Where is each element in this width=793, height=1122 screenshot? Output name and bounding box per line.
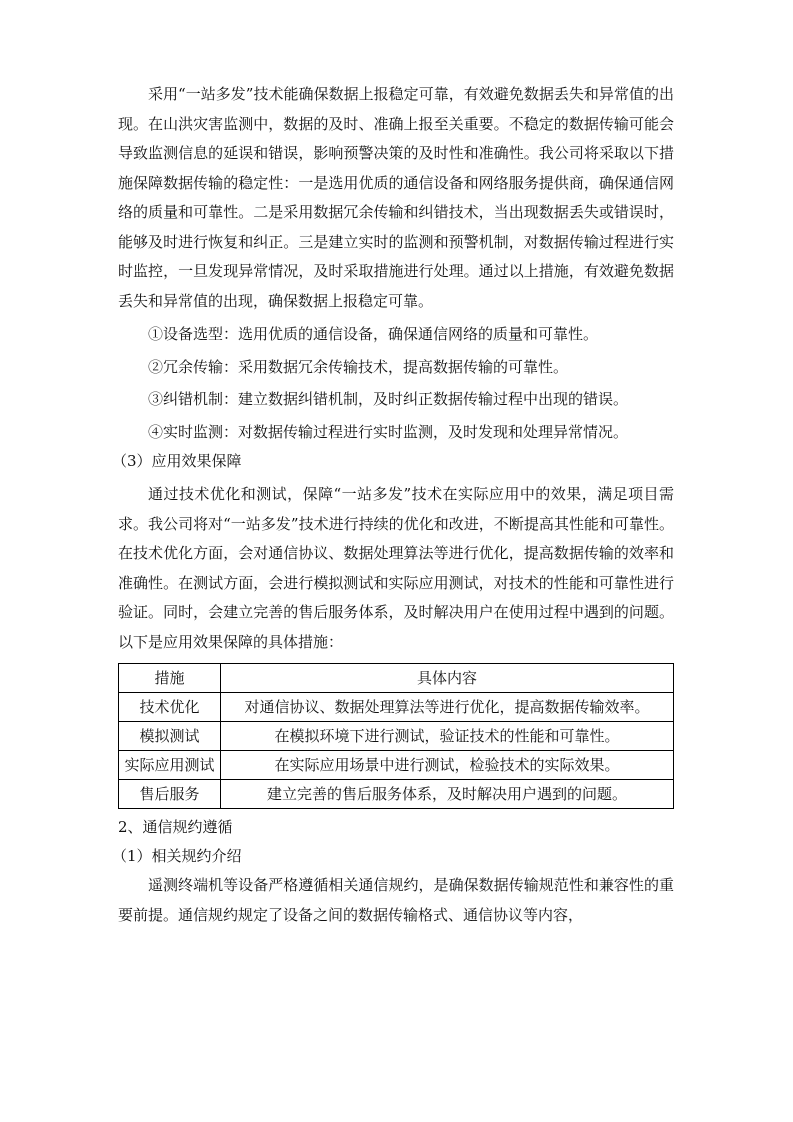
- measure-list: ①设备选型：选用优质的通信设备，确保通信网络的质量和可靠性。 ②冗余传输：采用数…: [118, 320, 674, 447]
- measures-table: 措施 具体内容 技术优化 对通信协议、数据处理算法等进行优化，提高数据传输效率。…: [118, 663, 674, 809]
- table-cell: 对通信协议、数据处理算法等进行优化，提高数据传输效率。: [221, 693, 674, 722]
- table-cell: 实际应用测试: [119, 751, 221, 780]
- table-cell: 模拟测试: [119, 722, 221, 751]
- table-cell: 在模拟环境下进行测试，验证技术的性能和可靠性。: [221, 722, 674, 751]
- list-item: ④实时监测：对数据传输过程进行实时监测，及时发现和处理异常情况。: [118, 418, 674, 448]
- table-cell: 售后服务: [119, 780, 221, 809]
- table-cell: 技术优化: [119, 693, 221, 722]
- paragraph-application-effect: 通过技术优化和测试，保障“一站多发”技术在实际应用中的效果，满足项目需求。我公司…: [118, 480, 674, 657]
- table-cell: 在实际应用场景中进行测试，检验技术的实际效果。: [221, 751, 674, 780]
- table-cell: 建立完善的售后服务体系，及时解决用户遇到的问题。: [221, 780, 674, 809]
- paragraph-data-stability: 采用“一站多发”技术能确保数据上报稳定可靠，有效避免数据丢失和异常值的出现。在山…: [118, 80, 674, 316]
- list-item: ①设备选型：选用优质的通信设备，确保通信网络的质量和可靠性。: [118, 320, 674, 350]
- table-row: 模拟测试 在模拟环境下进行测试，验证技术的性能和可靠性。: [119, 722, 674, 751]
- paragraph-protocol-intro: 遥测终端机等设备严格遵循相关通信规约，是确保数据传输规范性和兼容性的重要前提。通…: [118, 871, 674, 930]
- subsection-heading: （3）应用效果保障: [112, 447, 674, 476]
- document-page: 采用“一站多发”技术能确保数据上报稳定可靠，有效避免数据丢失和异常值的出现。在山…: [118, 80, 674, 930]
- subsection-heading: （1）相关规约介绍: [112, 842, 674, 871]
- table-header-row: 措施 具体内容: [119, 664, 674, 693]
- table-header-cell: 具体内容: [221, 664, 674, 693]
- table-row: 售后服务 建立完善的售后服务体系，及时解决用户遇到的问题。: [119, 780, 674, 809]
- table-header-cell: 措施: [119, 664, 221, 693]
- table-row: 实际应用测试 在实际应用场景中进行测试，检验技术的实际效果。: [119, 751, 674, 780]
- table-row: 技术优化 对通信协议、数据处理算法等进行优化，提高数据传输效率。: [119, 693, 674, 722]
- list-item: ②冗余传输：采用数据冗余传输技术，提高数据传输的可靠性。: [118, 353, 674, 383]
- section-heading: 2、通信规约遵循: [118, 813, 674, 842]
- list-item: ③纠错机制：建立数据纠错机制，及时纠正数据传输过程中出现的错误。: [118, 385, 674, 415]
